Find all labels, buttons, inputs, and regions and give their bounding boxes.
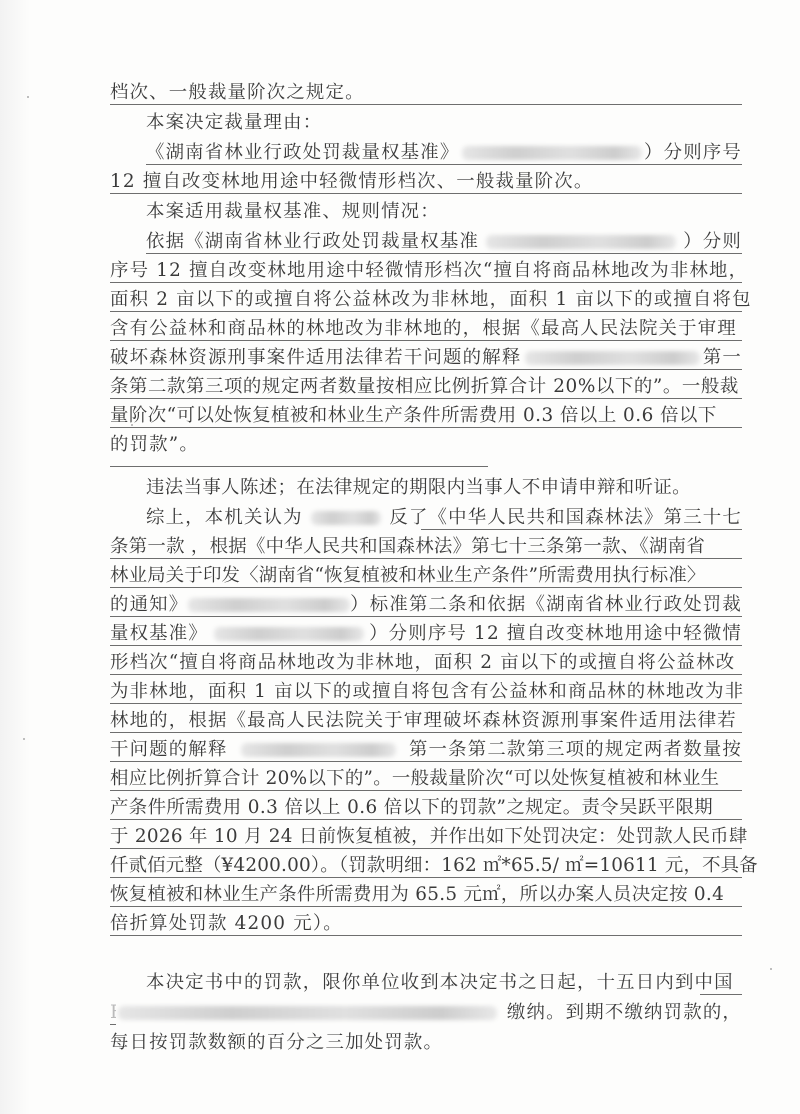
underline <box>110 906 742 907</box>
line-text: 恢复植被和林业生产条件所需费用为 65.5 元㎡，所以办案人员决定按 0.4 <box>110 882 724 908</box>
text-line: 条第二款第三项的规定两者数量按相应比例折算合计 20%以下的”。一般裁 <box>110 374 742 400</box>
penalty-amount-line: 仟贰佰元整（¥4200.00）。（罚款明细：162 ㎡*65.5/ ㎡=1061… <box>110 853 742 879</box>
underline <box>110 761 742 762</box>
line-text: 的罚款”。 <box>110 432 199 458</box>
line-text: 产条件所需费用 0.3 倍以上 0.6 倍以下的罚款”之规定。责令吴跃平限期 <box>110 795 713 821</box>
payment-notice-line: E 缴纳。到期不缴纳罚款的， <box>110 1000 742 1026</box>
text-line: 综上，本机关认为 反了《中华人民共和国森林法》第三十七 <box>146 505 742 531</box>
text-line: 相应比例折算合计 20%以下的”。一般裁量阶次“可以处恢复植被和林业生 <box>110 766 742 792</box>
line-text: 违法当事人陈述；在法律规定的期限内当事人不申请申辩和听证。 <box>146 475 691 501</box>
text-line: 破坏森林资源刑事案件适用法律若干问题的解释 第一 <box>110 345 742 371</box>
text-line: 序号 12 擅自改变林地用途中轻微情形档次“擅自将商品林地改为非林地， <box>110 258 742 284</box>
redacted-text <box>525 351 700 365</box>
scan-speck <box>770 968 772 970</box>
text-line: 的罚款”。 <box>110 432 742 458</box>
line-text: 序号 12 擅自改变林地用途中轻微情形档次“擅自将商品林地改为非林地， <box>110 258 748 284</box>
underline <box>110 311 742 312</box>
underline <box>110 193 742 194</box>
underline <box>146 164 742 165</box>
text-line: 量阶次“可以处恢复植被和林业生产条件所需费用 0.3 倍以上 0.6 倍以下 <box>110 403 742 429</box>
scan-page-edge <box>0 0 30 1114</box>
redacted-text <box>118 1006 497 1020</box>
underline <box>110 819 742 820</box>
text-line: 形档次“擅自将商品林地改为非林地，面积 2 亩以下的或擅自将公益林改 <box>110 650 742 676</box>
section-heading: 本案决定裁量理由： <box>146 110 742 136</box>
line-text: E <box>110 1000 116 1026</box>
underline <box>110 398 742 399</box>
underline <box>110 703 742 704</box>
underline <box>110 587 742 588</box>
underline <box>110 466 488 467</box>
text-line: 档次、一般裁量阶次之规定。 <box>110 80 742 106</box>
text-line: 产条件所需费用 0.3 倍以上 0.6 倍以下的罚款”之规定。责令吴跃平限期 <box>110 795 742 821</box>
line-text: 形档次“擅自将商品林地改为非林地，面积 2 亩以下的或擅自将公益林改 <box>110 650 735 676</box>
underline <box>146 253 742 254</box>
line-text: 量阶次“可以处恢复植被和林业生产条件所需费用 0.3 倍以上 0.6 倍以下 <box>110 403 717 429</box>
text-line: 量权基准》 ）分则序号 12 擅自改变林地用途中轻微情 <box>110 621 742 647</box>
line-text: 本决定书中的罚款，限你单位收到本决定书之日起，十五日内到中国 <box>146 970 734 996</box>
line-text: 综上，本机关认为 <box>146 505 303 531</box>
line-text: ）标准第二条和依据《湖南省林业行政处罚裁 <box>350 592 742 618</box>
underline <box>110 674 742 675</box>
line-text: 本案决定裁量理由： <box>146 110 322 136</box>
line-text: 反了《中华人民共和国森林法》第三十七 <box>389 505 742 531</box>
underline <box>110 340 742 341</box>
section-heading: 本案适用裁量权基准、规则情况： <box>146 199 742 225</box>
line-text: 条第二款第三项的规定两者数量按相应比例折算合计 20%以下的”。一般裁 <box>110 374 739 400</box>
scan-speck <box>27 96 29 98</box>
line-text: 面积 2 亩以下的或擅自将公益林改为非林地，面积 1 亩以下的或擅自将包 <box>110 287 752 313</box>
line-text: 林业局关于印发〈湖南省“恢复植被和林业生产条件”所需费用执行标准〉 <box>110 563 706 589</box>
redacted-text <box>188 598 350 612</box>
line-text: ）分则序号 <box>644 140 742 166</box>
text-line: 的通知》 ）标准第二条和依据《湖南省林业行政处罚裁 <box>110 592 742 618</box>
line-text: 量权基准》 <box>110 621 208 647</box>
payment-notice-line: 本决定书中的罚款，限你单位收到本决定书之日起，十五日内到中国 <box>146 970 742 996</box>
redacted-text <box>311 511 381 525</box>
text-line: 《湖南省林业行政处罚裁量权基准》 ）分则序号 <box>146 140 742 166</box>
underline <box>110 427 742 428</box>
text-line: 依据《湖南省林业行政处罚裁量权基准 ）分则 <box>146 229 742 255</box>
underline <box>110 935 742 936</box>
line-text: ）分则 <box>683 229 742 255</box>
text-line: 林地的，根据《最高人民法院关于审理破坏森林资源刑事案件适用法律若 <box>110 708 742 734</box>
underline <box>110 645 742 646</box>
line-text: 仟贰佰元整（¥4200.00）。（罚款明细：162 ㎡*65.5/ ㎡=1061… <box>110 853 758 879</box>
redacted-text <box>486 235 676 249</box>
underline <box>110 369 742 370</box>
text-line: 条第一款 ，根据《中华人民共和国森林法》第七十三条第一款、《湖南省 <box>110 534 742 560</box>
line-text: 于 2026 年 10 月 24 日前恢复植被，并作出如下处罚决定：处罚款人民币… <box>110 824 748 850</box>
redacted-text <box>241 743 396 757</box>
underline <box>110 790 742 791</box>
underline <box>110 282 742 283</box>
underline <box>110 1024 116 1025</box>
text-line: 恢复植被和林业生产条件所需费用为 65.5 元㎡，所以办案人员决定按 0.4 <box>110 882 742 908</box>
scan-speck <box>23 738 25 740</box>
statement-line: 违法当事人陈述；在法律规定的期限内当事人不申请申辩和听证。 <box>146 475 742 501</box>
underline <box>110 848 742 849</box>
text-line: 面积 2 亩以下的或擅自将公益林改为非林地，面积 1 亩以下的或擅自将包 <box>110 287 742 313</box>
line-text: ）分则序号 12 擅自改变林地用途中轻微情 <box>369 621 742 647</box>
underline <box>421 529 742 530</box>
underline <box>700 994 742 995</box>
line-text: 干问题的解释 <box>110 737 228 763</box>
redacted-text <box>214 627 364 641</box>
redacted-text <box>462 146 642 160</box>
line-text: 依据《湖南省林业行政处罚裁量权基准 <box>146 229 479 255</box>
underline <box>110 877 742 878</box>
line-text: 第一条第二款第三项的规定两者数量按 <box>409 737 742 763</box>
underline <box>110 558 742 559</box>
line-text: 为非林地，面积 1 亩以下的或擅自将包含有公益林和商品林的林地改为非 <box>110 679 744 705</box>
text-line: 林业局关于印发〈湖南省“恢复植被和林业生产条件”所需费用执行标准〉 <box>110 563 742 589</box>
line-text: 12 擅自改变林地用途中轻微情形档次、一般裁量阶次。 <box>110 169 593 195</box>
line-text: 含有公益林和商品林的林地改为非林地的，根据《最高人民法院关于审理 <box>110 316 737 342</box>
underline <box>110 616 742 617</box>
penalty-decision-line: 于 2026 年 10 月 24 日前恢复植被，并作出如下处罚决定：处罚款人民币… <box>110 824 742 850</box>
text-line: 倍折算处罚款 4200 元）。 <box>110 911 742 937</box>
line-text: 的通知》 <box>110 592 188 618</box>
line-text: 档次、一般裁量阶次之规定。 <box>110 80 365 106</box>
line-text: 相应比例折算合计 20%以下的”。一般裁量阶次“可以处恢复植被和林业生 <box>110 766 719 792</box>
line-text: 缴纳。到期不缴纳罚款的， <box>507 1000 742 1026</box>
text-line: 12 擅自改变林地用途中轻微情形档次、一般裁量阶次。 <box>110 169 742 195</box>
underline <box>110 732 742 733</box>
line-text: 破坏森林资源刑事案件适用法律若干问题的解释 <box>110 345 521 371</box>
line-text: 林地的，根据《最高人民法院关于审理破坏森林资源刑事案件适用法律若 <box>110 708 737 734</box>
text-line: 为非林地，面积 1 亩以下的或擅自将包含有公益林和商品林的林地改为非 <box>110 679 742 705</box>
line-text: 每日按罚款数额的百分之三加处罚款。 <box>110 1030 443 1056</box>
line-text: 倍折算处罚款 4200 元）。 <box>110 911 343 937</box>
line-text: 第一 <box>703 345 742 371</box>
line-text: 本案适用裁量权基准、规则情况： <box>146 199 440 225</box>
line-text: 《湖南省林业行政处罚裁量权基准》 <box>146 140 459 166</box>
line-text: 条第一款 ，根据《中华人民共和国森林法》第七十三条第一款、《湖南省 <box>110 534 705 560</box>
text-line: 每日按罚款数额的百分之三加处罚款。 <box>110 1030 742 1056</box>
text-line: 含有公益林和商品林的林地改为非林地的，根据《最高人民法院关于审理 <box>110 316 742 342</box>
text-line: 干问题的解释 第一条第二款第三项的规定两者数量按 <box>110 737 742 763</box>
underline <box>110 104 742 105</box>
